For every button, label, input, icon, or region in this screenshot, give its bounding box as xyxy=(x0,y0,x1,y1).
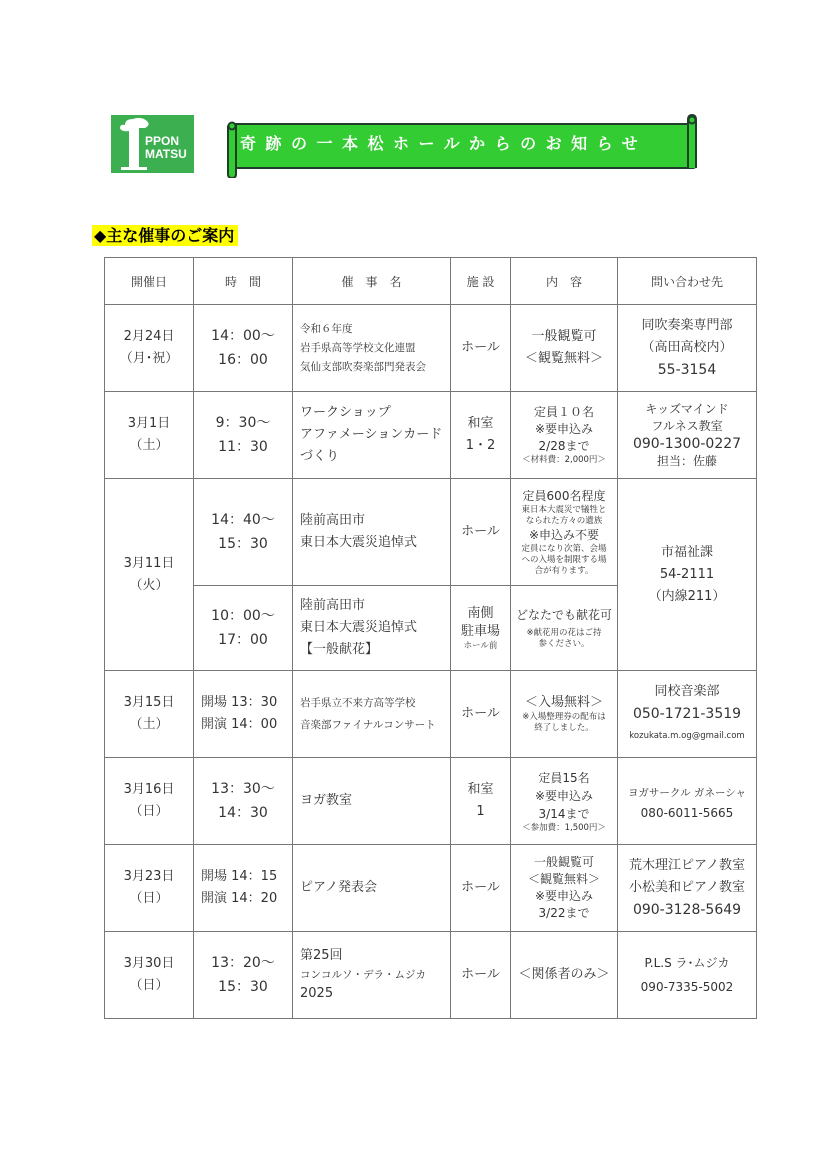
time-start: 10：00～ xyxy=(196,604,290,628)
event-line: コンコルソ・デラ・ムジカ xyxy=(300,967,448,983)
venue: ホール xyxy=(461,340,500,355)
day: （土） xyxy=(107,714,191,736)
time-start: 14：40～ xyxy=(196,508,290,532)
content-line: ＜関係者のみ＞ xyxy=(518,967,609,982)
logo-text-matsu: MATSU xyxy=(145,147,187,161)
event-line: ピアノ発表会 xyxy=(300,880,377,895)
contact-phone: 090-3128-5649 xyxy=(620,899,754,921)
date: 3月1日 xyxy=(107,413,191,435)
content-line: 定員600名程度 xyxy=(513,488,615,505)
event-line: 第25回 xyxy=(300,945,448,967)
content-line: ＜入場無料＞ xyxy=(513,694,615,712)
day: （月･祝） xyxy=(107,348,191,370)
content-note: 終了しました。 xyxy=(513,723,615,734)
table-row: 3月23日（日） 開場 14：15開演 14：20 ピアノ発表会 ホール 一般観… xyxy=(105,845,757,932)
event-line: 陸前高田市 xyxy=(300,510,448,532)
table-row: 3月15日（土） 開場 13：30開演 14：00 岩手県立不来方高等学校音楽部… xyxy=(105,671,757,758)
event-line: 2025 xyxy=(300,983,448,1005)
time-end: 14：30 xyxy=(196,801,290,825)
events-table: 開催日 時 間 催 事 名 施 設 内 容 問い合わせ先 2月24日（月･祝） … xyxy=(104,257,757,1019)
venue: 駐車場 xyxy=(453,623,508,641)
venue: 和室 xyxy=(453,779,508,801)
time-start: 14：00～ xyxy=(196,324,290,348)
event-line: アファメーションカード xyxy=(300,424,448,446)
content-line: ※要申込み xyxy=(513,888,615,905)
date: 3月30日 xyxy=(107,953,191,975)
contact-line: フルネス教室 xyxy=(620,418,754,435)
contact-email[interactable]: kozukata.m.og@gmail.com xyxy=(620,725,754,747)
venue: ホール xyxy=(461,880,500,895)
contact-phone: 090-1300-0227 xyxy=(620,435,754,453)
contact-line: 小松美和ピアノ教室 xyxy=(620,877,754,899)
content-note: なられた方々の遺族 xyxy=(513,516,615,527)
event-line: 気仙支部吹奏楽部門発表会 xyxy=(300,358,448,377)
table-row: 3月11日（火） 14：40～15：30 陸前高田市東日本大震災追悼式 ホール … xyxy=(105,479,757,586)
day: （日） xyxy=(107,888,191,910)
content-line: 2/28まで xyxy=(513,438,615,455)
date: 2月24日 xyxy=(107,326,191,348)
event-line: 岩手県立不来方高等学校 xyxy=(300,692,448,714)
contact-phone: 080-6011-5665 xyxy=(620,805,754,822)
content-line: どなたでも献花可 xyxy=(513,607,615,624)
content-line: ＜観覧無料＞ xyxy=(513,871,615,888)
venue: 1・2 xyxy=(453,435,508,457)
event-line: ヨガ教室 xyxy=(300,793,352,808)
day: （日） xyxy=(107,975,191,997)
content-line: 定員15名 xyxy=(513,769,615,787)
time-end: 15：30 xyxy=(196,532,290,556)
content-note: 東日本大震災で犠牲と xyxy=(513,505,615,516)
content-note: ※献花用の花はご持 xyxy=(513,628,615,639)
banner-title: 奇跡の一本松ホールからのお知らせ xyxy=(240,129,680,159)
event-line: 【一般献花】 xyxy=(300,639,448,661)
header-time: 時 間 xyxy=(194,258,293,305)
contact-phone: 54-2111 xyxy=(620,564,754,586)
table-row: 3月16日（日） 13：30～14：30 ヨガ教室 和室1 定員15名※要申込み… xyxy=(105,758,757,845)
content-line: ※要申込み xyxy=(513,787,615,805)
date: 3月23日 xyxy=(107,866,191,888)
content-note: ＜材料費：2,000円＞ xyxy=(513,455,615,466)
content-note: ※入場整理券の配布は xyxy=(513,712,615,723)
content-line: ※要申込み xyxy=(513,421,615,438)
content-note: への入場を制限する場 xyxy=(513,555,615,566)
header-date: 開催日 xyxy=(105,258,194,305)
content-line: 3/22まで xyxy=(513,905,615,922)
time-end: 15：30 xyxy=(196,975,290,999)
venue: 1 xyxy=(453,801,508,823)
contact-line: 荒木理江ピアノ教室 xyxy=(620,855,754,877)
header-venue: 施 設 xyxy=(451,258,511,305)
contact-line: ヨガサークル ガネーシャ xyxy=(620,781,754,805)
content-line: ＜観覧無料＞ xyxy=(513,348,615,370)
time-end: 17：00 xyxy=(196,628,290,652)
venue: ホール xyxy=(461,524,500,539)
contact-line: P.L.S ラ･ムジカ xyxy=(620,951,754,975)
header-content: 内 容 xyxy=(511,258,618,305)
event-line: づくり xyxy=(300,446,448,468)
table-row: 3月1日（土） 9：30～11：30 ワークショップアファメーションカードづくり… xyxy=(105,392,757,479)
date: 3月11日 xyxy=(107,553,191,575)
event-line: 陸前高田市 xyxy=(300,595,448,617)
contact-line: 市福祉課 xyxy=(620,542,754,564)
event-line: 東日本大震災追悼式 xyxy=(300,617,448,639)
time-start: 9：30～ xyxy=(196,411,290,435)
content-note: 定員になり次第、会場 xyxy=(513,544,615,555)
content-line: 定員１０名 xyxy=(513,404,615,421)
venue: ホール xyxy=(461,967,500,982)
content-line: 3/14まで xyxy=(513,805,615,823)
contact-phone: 090-7335-5002 xyxy=(620,975,754,999)
table-row: 3月30日（日） 13：20～15：30 第25回コンコルソ・デラ・ムジカ202… xyxy=(105,932,757,1019)
open-time: 開場 13：30 xyxy=(201,692,290,714)
logo-text-ppon: PPON xyxy=(145,134,179,148)
event-line: 令和６年度 xyxy=(300,320,448,339)
day: （日） xyxy=(107,801,191,823)
contact-line: （内線211） xyxy=(620,586,754,608)
table-row: 2月24日（月･祝） 14：00～16：00 令和６年度岩手県高等学校文化連盟気… xyxy=(105,305,757,392)
contact-phone: 55-3154 xyxy=(620,359,754,381)
date: 3月15日 xyxy=(107,692,191,714)
event-line: 東日本大震災追悼式 xyxy=(300,532,448,554)
event-line: ワークショップ xyxy=(300,402,448,424)
time-end: 16：00 xyxy=(196,348,290,372)
ippon-matsu-logo: PPON MATSU xyxy=(111,115,194,173)
venue: 和室 xyxy=(453,413,508,435)
header-contact: 問い合わせ先 xyxy=(618,258,757,305)
content-note: 参ください。 xyxy=(513,639,615,650)
venue: 南側 xyxy=(453,605,508,623)
contact-line: 担当：佐藤 xyxy=(620,453,754,470)
contact-line: 同吹奏楽専門部 xyxy=(620,315,754,337)
content-note: ＜参加費：1,500円＞ xyxy=(513,823,615,834)
contact-line: 同校音楽部 xyxy=(620,681,754,703)
venue: ホール xyxy=(461,706,500,721)
day: （火） xyxy=(107,575,191,597)
section-title: ◆主な催事のご案内 xyxy=(92,225,238,246)
event-line: 音楽部ファイナルコンサート xyxy=(300,714,448,736)
time-start: 13：20～ xyxy=(196,951,290,975)
contact-phone: 050-1721-3519 xyxy=(620,703,754,725)
contact-line: （高田高校内） xyxy=(620,337,754,359)
venue-note: ホール前 xyxy=(453,641,508,652)
content-line: 一般観覧可 xyxy=(513,854,615,871)
content-note: 合が有ります。 xyxy=(513,566,615,577)
start-time: 開演 14：00 xyxy=(201,714,290,736)
start-time: 開演 14：20 xyxy=(201,888,290,910)
header-event: 催 事 名 xyxy=(293,258,451,305)
table-header-row: 開催日 時 間 催 事 名 施 設 内 容 問い合わせ先 xyxy=(105,258,757,305)
date: 3月16日 xyxy=(107,779,191,801)
content-line: ※申込み不要 xyxy=(513,527,615,544)
contact-line: キッズマインド xyxy=(620,401,754,418)
day: （土） xyxy=(107,435,191,457)
content-line: 一般観覧可 xyxy=(513,326,615,348)
time-end: 11：30 xyxy=(196,435,290,459)
event-line: 岩手県高等学校文化連盟 xyxy=(300,339,448,358)
time-start: 13：30～ xyxy=(196,777,290,801)
open-time: 開場 14：15 xyxy=(201,866,290,888)
